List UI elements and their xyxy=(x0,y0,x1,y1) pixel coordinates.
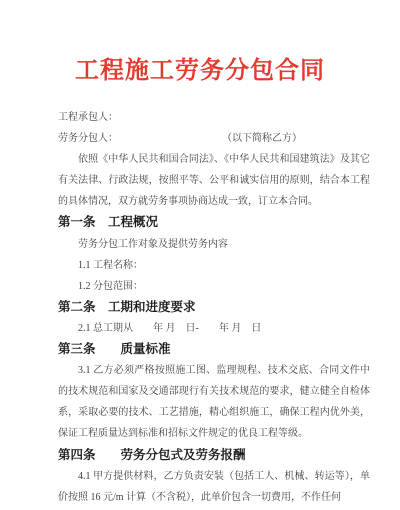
document-body: 工程承包人： 劳务分包人：（以下简称乙方） 依照《中华人民共和国合同法》、《中华… xyxy=(0,107,400,508)
subcontractor-field: 劳务分包人：（以下简称乙方） xyxy=(58,128,370,149)
section-1-item-project-name: 1.1 工程名称： xyxy=(58,255,370,276)
contractor-label: 工程承包人： xyxy=(58,112,118,123)
section-3-item-quality-clause: 3.1 乙方必须严格按照施工图、监理规程、技术交底、合同文件中的技术规范和国家及… xyxy=(58,360,370,444)
section-1-item-subcontract-scope: 1.2 分包范围： xyxy=(58,276,370,297)
section-2-item-duration: 2.1 总工期从 年 月 日- 年 月 日 xyxy=(58,318,370,339)
section-1-heading: 第一条 工程概况 xyxy=(58,212,370,233)
document-title: 工程施工劳务分包合同 xyxy=(0,0,400,88)
contractor-field: 工程承包人： xyxy=(58,107,370,128)
preamble-paragraph: 依照《中华人民共和国合同法》、《中华人民共和国建筑法》及其它有关法律、行政法规，… xyxy=(58,149,370,212)
subcontractor-note: （以下简称乙方） xyxy=(222,128,302,149)
section-1-item-scope: 劳务分包工作对象及提供劳务内容 xyxy=(58,234,370,255)
section-4-heading: 第四条 劳务分包式及劳务报酬 xyxy=(58,445,370,466)
section-4-item-payment-clause: 4.1 甲方提供材料，乙方负责安装（包括工人、机械、转运等），单价按照 16 元… xyxy=(58,466,370,508)
subcontractor-label: 劳务分包人： xyxy=(58,133,118,144)
contract-document-page: 工程施工劳务分包合同 工程承包人： 劳务分包人：（以下简称乙方） 依照《中华人民… xyxy=(0,0,400,510)
section-3-heading: 第三条 质量标准 xyxy=(58,339,370,360)
section-2-heading: 第二条 工期和进度要求 xyxy=(58,297,370,318)
